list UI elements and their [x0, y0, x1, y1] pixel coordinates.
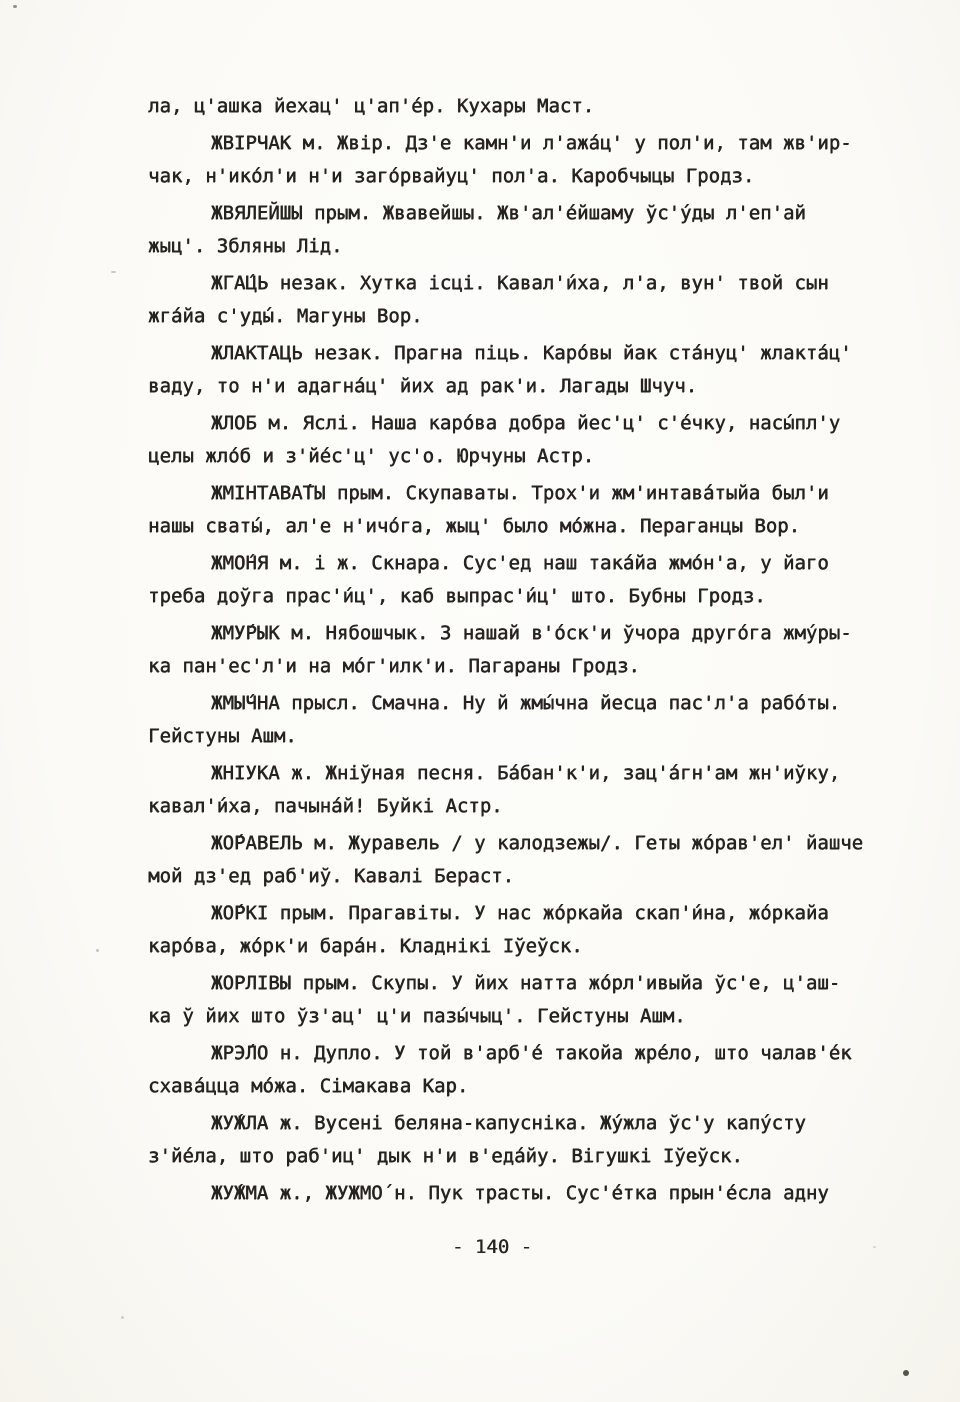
entry-first-line: ЖОРЛІВЫ прым. Скупы. У йих натта жо́рл'и…: [148, 967, 872, 1000]
dictionary-entry: ЖУ́ЖЛА ж. Вусені беляна-капусніка. Жу́жл…: [148, 1107, 872, 1173]
scan-speck: [111, 271, 116, 273]
dictionary-entry: ЖВІРЧАК м. Жвір. Дз'е камн'и л'ажа́ц' у …: [148, 127, 872, 193]
entry-line: ка ў йих што ўз'ац' ц'и пазы́чыц'. Гейст…: [148, 1000, 872, 1033]
dictionary-entry: ЖГА́ЦЬ незак. Хутка ісці. Кавал'и́ха, л'…: [148, 267, 872, 333]
scan-speck: [96, 949, 99, 952]
entry-first-line: ЖНІУКА ж. Жніўная песня. Ба́бан'к'и, зац…: [148, 757, 872, 790]
dictionary-entry: ла, ц'ашка йехац' ц'ап'е́р. Кухары Маст.: [148, 90, 872, 123]
dictionary-entry: ЖРЭ́ЛО н. Дупло. У той в'арб'е́ такойа ж…: [148, 1037, 872, 1103]
entry-line: ваду, то н'и адагна́ц' йих ад рак'и. Лаг…: [148, 370, 872, 403]
entry-line: каро́ва, жо́рк'и бара́н. Кладнікі Іўеўск…: [148, 930, 872, 963]
entry-first-line: ЖГА́ЦЬ незак. Хутка ісці. Кавал'и́ха, л'…: [148, 267, 872, 300]
entry-first-line: ЖО́РАВЕЛЬ м. Журавель / у калодзежы/. Ге…: [148, 827, 872, 860]
scan-speck: [903, 1370, 909, 1376]
entry-line: з'йе́ла, што раб'иц' дык н'и в'еда́йу. В…: [148, 1140, 872, 1173]
dictionary-text: ла, ц'ашка йехац' ц'ап'е́р. Кухары Маст.…: [148, 90, 872, 1264]
entry-first-line: ЖУ́ЖМА ж., ЖУЖМО́ н. Пук трасты. Сус'е́т…: [148, 1177, 872, 1210]
page-number: - 140 -: [148, 1231, 872, 1264]
entry-line: мой дз'ед раб'иў. Кавалі Бераст.: [148, 860, 872, 893]
entry-line: треба доўга прас'и́ц', каб выпрас'и́ц' ш…: [148, 580, 872, 613]
entry-first-line: ЖЛОБ м. Яслі. Наша каро́ва добра йес'ц' …: [148, 407, 872, 440]
scan-speck: [13, 5, 17, 8]
dictionary-entry: ЖМЫ́ЧНА прысл. Смачна. Ну й жмы́чна йесц…: [148, 687, 872, 753]
entry-line: чак, н'ико́л'и н'и заго́рвайуц' пол'а. К…: [148, 160, 872, 193]
entry-line: нашы сваты́, ал'е н'ичо́га, жыц' было мо…: [148, 510, 872, 543]
dictionary-entry: ЖУ́ЖМА ж., ЖУЖМО́ н. Пук трасты. Сус'е́т…: [148, 1177, 872, 1210]
dictionary-entry: ЖМО́НЯ м. і ж. Скнара. Сус'ед наш така́й…: [148, 547, 872, 613]
dictionary-entry: ЖОРЛІВЫ прым. Скупы. У йих натта жо́рл'и…: [148, 967, 872, 1033]
entry-line: Гейстуны Ашм.: [148, 720, 872, 753]
entry-line: схава́цца мо́жа. Сімакава Кар.: [148, 1070, 872, 1103]
entry-first-line: ЖМЫ́ЧНА прысл. Смачна. Ну й жмы́чна йесц…: [148, 687, 872, 720]
entry-line: жга́йа с'уды́. Магуны Вор.: [148, 300, 872, 333]
dictionary-entry: ЖЛОБ м. Яслі. Наша каро́ва добра йес'ц' …: [148, 407, 872, 473]
entry-first-line: ЖВІРЧАК м. Жвір. Дз'е камн'и л'ажа́ц' у …: [148, 127, 872, 160]
entry-first-line: ЖМІНТАВА́ТЫ прым. Скупаваты. Трох'и жм'и…: [148, 477, 872, 510]
entry-line: ка пан'ес'л'и на мо́г'илк'и. Пагараны Гр…: [148, 650, 872, 683]
scan-speck: [121, 1316, 124, 1319]
entry-first-line: ЖМО́НЯ м. і ж. Скнара. Сус'ед наш така́й…: [148, 547, 872, 580]
dictionary-entry: ЖО́РАВЕЛЬ м. Журавель / у калодзежы/. Ге…: [148, 827, 872, 893]
entry-first-line: ла, ц'ашка йехац' ц'ап'е́р. Кухары Маст.: [148, 90, 872, 123]
entry-first-line: ЖУ́ЖЛА ж. Вусені беляна-капусніка. Жу́жл…: [148, 1107, 872, 1140]
scan-speck: [873, 1246, 876, 1248]
entry-line: кавал'и́ха, пачына́й! Буйкі Астр.: [148, 790, 872, 823]
entry-first-line: ЖРЭ́ЛО н. Дупло. У той в'арб'е́ такойа ж…: [148, 1037, 872, 1070]
entry-first-line: ЖВЯЛЕЙШЫ прым. Жвавейшы. Жв'ал'е́йшаму ў…: [148, 197, 872, 230]
dictionary-entry: ЖНІУКА ж. Жніўная песня. Ба́бан'к'и, зац…: [148, 757, 872, 823]
dictionary-entry: ЖМУ́РЫК м. Нябошчык. З нашай в'о́ск'и ўч…: [148, 617, 872, 683]
dictionary-entry: ЖВЯЛЕЙШЫ прым. Жвавейшы. Жв'ал'е́йшаму ў…: [148, 197, 872, 263]
entry-line: целы жло́б и з'йе́с'ц' ус'о. Юрчуны Астр…: [148, 440, 872, 473]
dictionary-entry: ЖЛАКТАЦЬ незак. Прагна піць. Каро́вы йак…: [148, 337, 872, 403]
entry-first-line: ЖМУ́РЫК м. Нябошчык. З нашай в'о́ск'и ўч…: [148, 617, 872, 650]
entry-first-line: ЖО́РКІ прым. Прагавіты. У нас жо́ркайа с…: [148, 897, 872, 930]
dictionary-entry: ЖМІНТАВА́ТЫ прым. Скупаваты. Трох'и жм'и…: [148, 477, 872, 543]
entry-first-line: ЖЛАКТАЦЬ незак. Прагна піць. Каро́вы йак…: [148, 337, 872, 370]
entry-line: жыц'. Збляны Лід.: [148, 230, 872, 263]
dictionary-entry: ЖО́РКІ прым. Прагавіты. У нас жо́ркайа с…: [148, 897, 872, 963]
